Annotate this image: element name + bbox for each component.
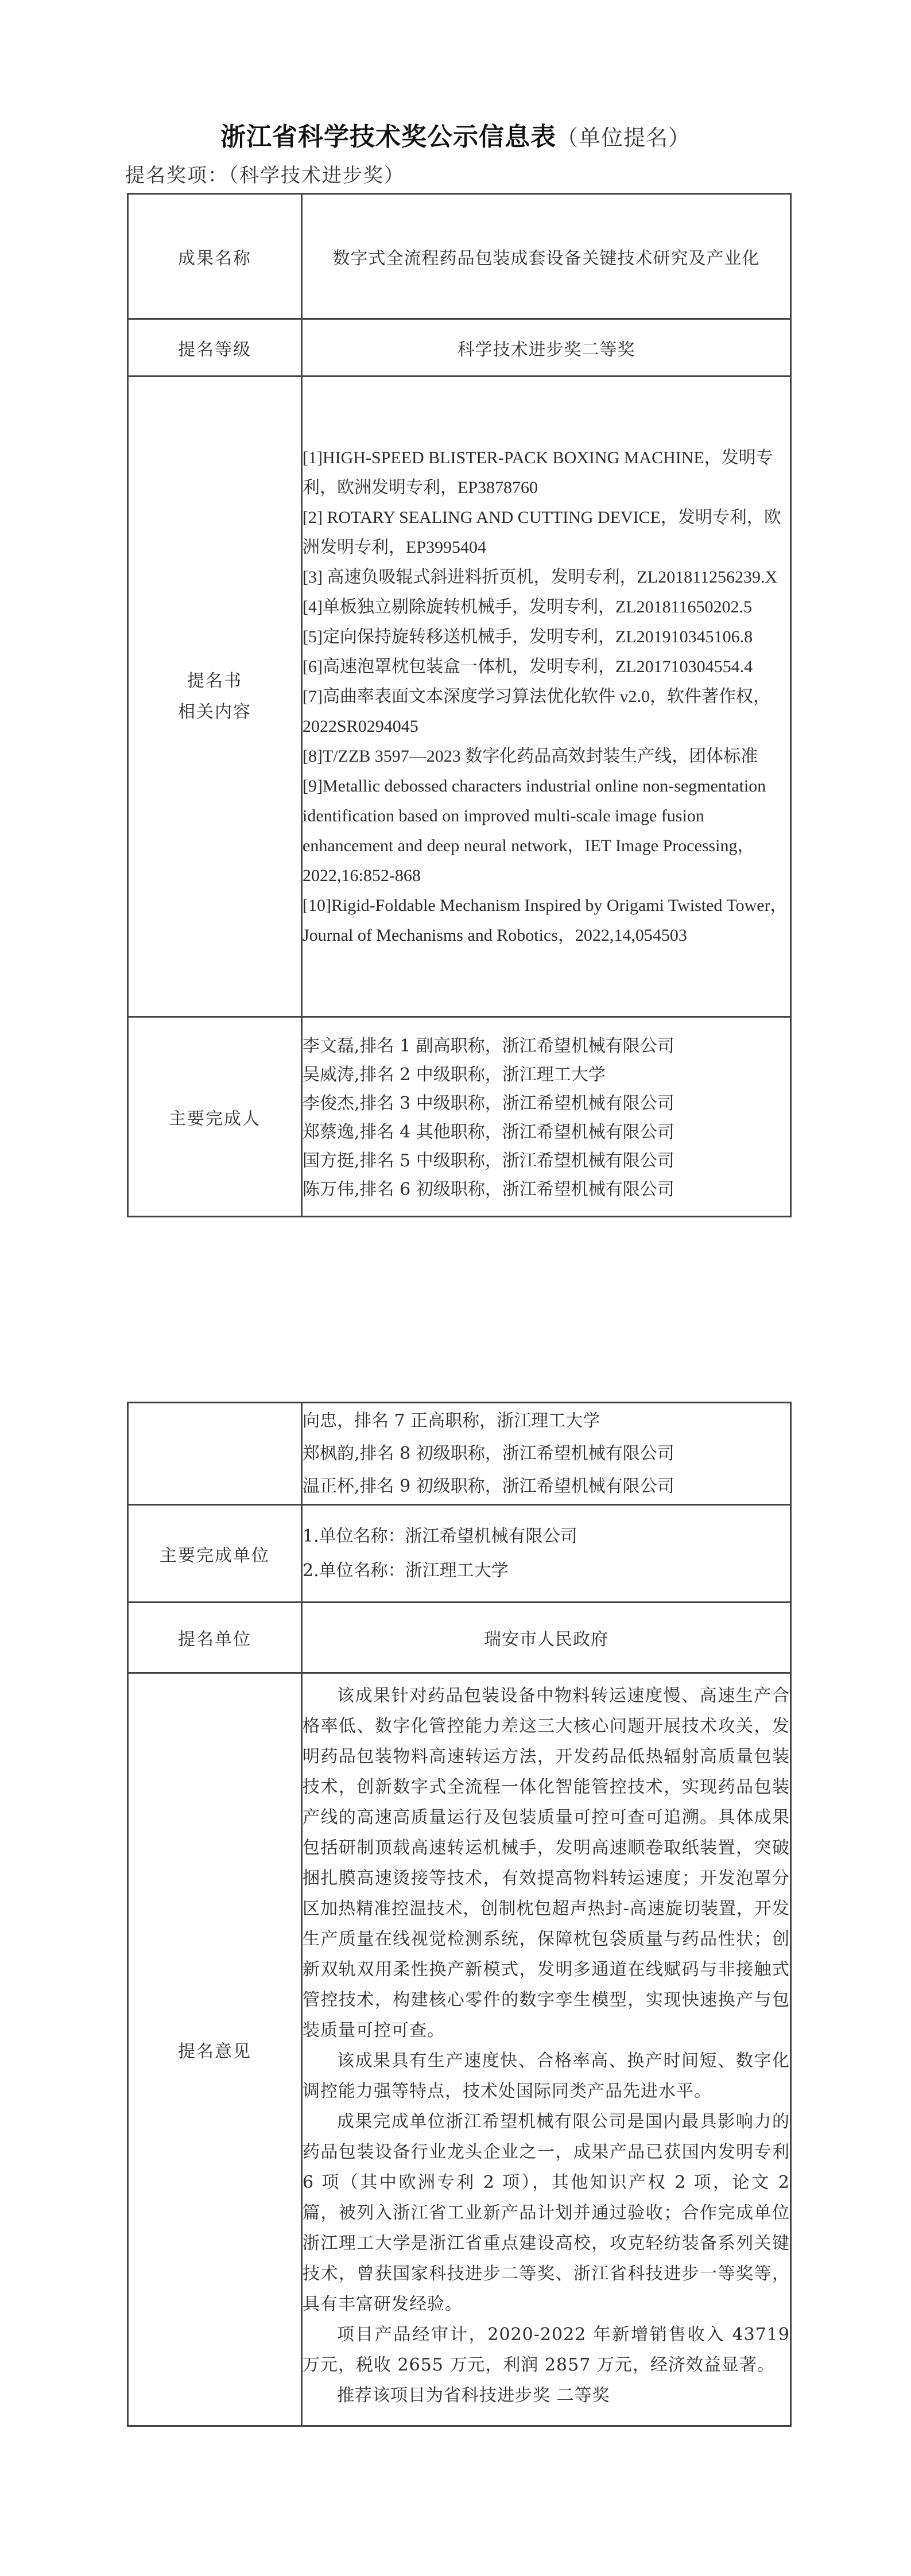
- value-nomination-level: 科学技术进步奖二等奖: [302, 319, 791, 377]
- value-achievement-name: 数字式全流程药品包装成套设备关键技术研究及产业化: [302, 194, 791, 319]
- row-nomination-opinion: 提名意见 该成果针对药品包装设备中物料转运速度慢、高速生产合格率低、数字化管控能…: [128, 1673, 791, 2426]
- contributor-item: 向忠，排名 7 正高职称，浙江理工大学: [303, 1405, 790, 1437]
- reference-item: [3] 高速负吸辊式斜进料折页机，发明专利，ZL201811256239.X: [303, 562, 790, 592]
- row-main-contributors: 主要完成人 李文磊,排名 1 副高职称，浙江希望机械有限公司 吴威涛,排名 2 …: [128, 1017, 791, 1217]
- label-achievement-name: 成果名称: [128, 194, 302, 319]
- reference-item: [7]高曲率表面文本深度学习算法优化软件 v2.0，软件著作权，2022SR02…: [303, 682, 790, 742]
- contributor-item: 陈万伟,排名 6 初级职称，浙江希望机械有限公司: [303, 1176, 790, 1204]
- value-main-contributors: 李文磊,排名 1 副高职称，浙江希望机械有限公司 吴威涛,排名 2 中级职称，浙…: [302, 1017, 791, 1217]
- reference-item: [5]定向保持旋转移送机械手，发明专利，ZL201910345106.8: [303, 622, 790, 652]
- contributor-item: 国方挺,排名 5 中级职称，浙江希望机械有限公司: [303, 1147, 790, 1176]
- label-main-units: 主要完成单位: [128, 1505, 302, 1603]
- row-main-units: 主要完成单位 1.单位名称：浙江希望机械有限公司 2.单位名称：浙江理工大学: [128, 1505, 791, 1603]
- opinion-paragraph: 推荐该项目为省科技进步奖 二等奖: [303, 2380, 790, 2411]
- title-main: 浙江省科学技术奖公示信息表: [220, 122, 556, 152]
- row-nominating-unit: 提名单位 瑞安市人民政府: [128, 1603, 791, 1673]
- contributor-item: 李俊杰,排名 3 中级职称，浙江希望机械有限公司: [303, 1089, 790, 1118]
- label-related-content: 提名书 相关内容: [128, 377, 302, 1017]
- label-main-contributors-continued: [128, 1403, 302, 1505]
- value-main-units: 1.单位名称：浙江希望机械有限公司 2.单位名称：浙江理工大学: [302, 1505, 791, 1603]
- contributor-item: 郑蔡逸,排名 4 其他职称，浙江希望机械有限公司: [303, 1118, 790, 1147]
- row-related-content: 提名书 相关内容 [1]HIGH-SPEED BLISTER-PACK BOXI…: [128, 377, 791, 1017]
- info-table-page-2: 向忠，排名 7 正高职称，浙江理工大学 郑枫韵,排名 8 初级职称，浙江希望机械…: [127, 1402, 792, 2427]
- label-main-contributors: 主要完成人: [128, 1017, 302, 1217]
- label-nomination-level: 提名等级: [128, 319, 302, 377]
- value-main-contributors-continued: 向忠，排名 7 正高职称，浙江理工大学 郑枫韵,排名 8 初级职称，浙江希望机械…: [302, 1403, 791, 1505]
- reference-item: [10]Rigid-Foldable Mechanism Inspired by…: [303, 891, 790, 951]
- contributor-item: 郑枫韵,排名 8 初级职称，浙江希望机械有限公司: [303, 1437, 790, 1470]
- opinion-paragraph: 该成果针对药品包装设备中物料转运速度慢、高速生产合格率低、数字化管控能力差这三大…: [303, 1681, 790, 2046]
- reference-item: [2] ROTARY SEALING AND CUTTING DEVICE，发明…: [303, 503, 790, 562]
- value-nominating-unit: 瑞安市人民政府: [302, 1603, 791, 1673]
- reference-item: [8]T/ZZB 3597—2023 数字化药品高效封装生产线，团体标准: [303, 742, 790, 771]
- reference-item: [4]单板独立剔除旋转机械手，发明专利，ZL201811650202.5: [303, 592, 790, 622]
- award-type: 提名奖项：（科学技术进步奖）: [125, 160, 405, 188]
- unit-item: 2.单位名称：浙江理工大学: [303, 1554, 790, 1588]
- opinion-paragraph: 该成果具有生产速度快、合格率高、换产时间短、数字化调控能力强等特点，技术处国际同…: [303, 2046, 790, 2106]
- value-nomination-opinion: 该成果针对药品包装设备中物料转运速度慢、高速生产合格率低、数字化管控能力差这三大…: [302, 1673, 791, 2426]
- value-related-content: [1]HIGH-SPEED BLISTER-PACK BOXING MACHIN…: [302, 377, 791, 1017]
- title-suffix: （单位提名）: [556, 125, 691, 150]
- contributor-item: 温正杯,排名 9 初级职称，浙江希望机械有限公司: [303, 1470, 790, 1503]
- label-nominating-unit: 提名单位: [128, 1603, 302, 1673]
- label-line-1: 提名书: [129, 666, 301, 697]
- row-main-contributors-continued: 向忠，排名 7 正高职称，浙江理工大学 郑枫韵,排名 8 初级职称，浙江希望机械…: [128, 1403, 791, 1505]
- opinion-paragraph: 成果完成单位浙江希望机械有限公司是国内最具影响力的药品包装设备行业龙头企业之一，…: [303, 2106, 790, 2319]
- document-title: 浙江省科学技术奖公示信息表（单位提名）: [0, 116, 911, 153]
- reference-item: [1]HIGH-SPEED BLISTER-PACK BOXING MACHIN…: [303, 443, 790, 503]
- label-nomination-opinion: 提名意见: [128, 1673, 302, 2426]
- contributor-item: 吴威涛,排名 2 中级职称，浙江理工大学: [303, 1061, 790, 1089]
- row-nomination-level: 提名等级 科学技术进步奖二等奖: [128, 319, 791, 377]
- reference-item: [6]高速泡罩枕包装盒一体机，发明专利，ZL201710304554.4: [303, 652, 790, 682]
- contributor-item: 李文磊,排名 1 副高职称，浙江希望机械有限公司: [303, 1032, 790, 1061]
- row-achievement-name: 成果名称 数字式全流程药品包装成套设备关键技术研究及产业化: [128, 194, 791, 319]
- opinion-paragraph: 项目产品经审计，2020-2022 年新增销售收入 43719 万元，税收 26…: [303, 2319, 790, 2380]
- unit-item: 1.单位名称：浙江希望机械有限公司: [303, 1519, 790, 1554]
- label-line-2: 相关内容: [129, 697, 301, 728]
- reference-item: [9]Metallic debossed characters industri…: [303, 771, 790, 891]
- info-table-page-1: 成果名称 数字式全流程药品包装成套设备关键技术研究及产业化 提名等级 科学技术进…: [127, 193, 792, 1217]
